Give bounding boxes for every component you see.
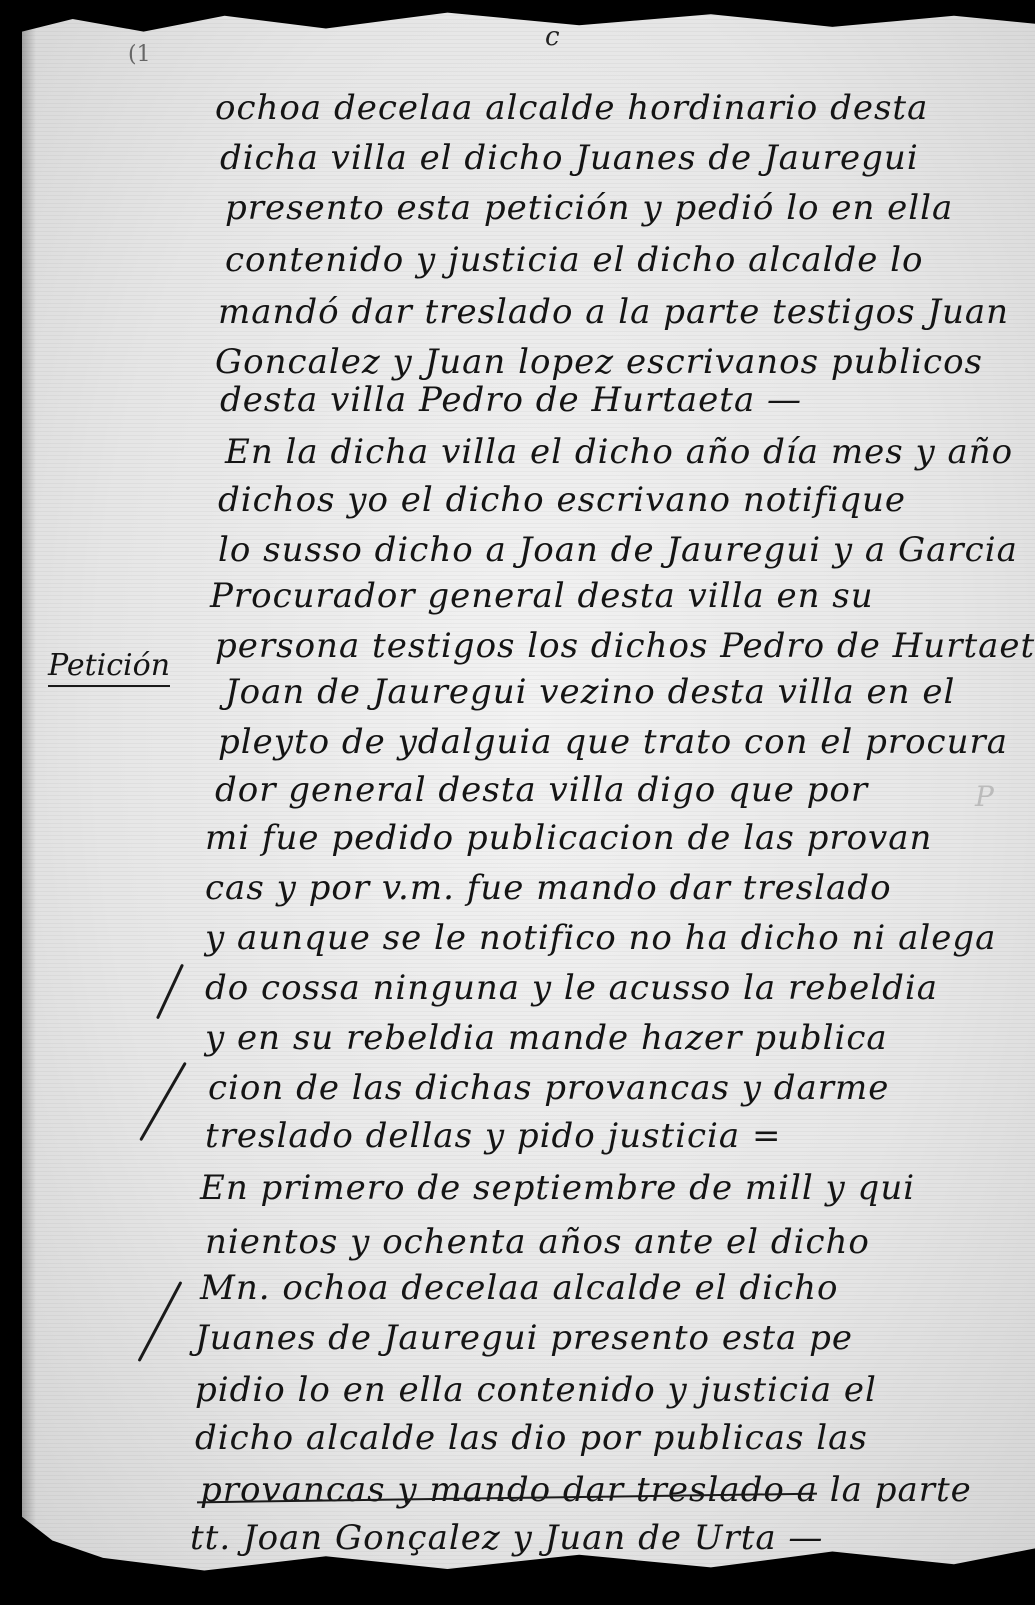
text-line: Goncalez y Juan lopez escrivanos publico… xyxy=(215,342,983,382)
text-line: pidio lo en ella contenido y justicia el xyxy=(195,1370,877,1410)
text-line: nientos y ochenta años ante el dicho xyxy=(205,1222,870,1262)
bleed-through-mark: P xyxy=(975,780,994,813)
text-line: cion de las dichas provancas y darme xyxy=(208,1068,889,1108)
text-line: dor general desta villa digo que por xyxy=(215,770,868,810)
text-line: En la dicha villa el dicho año día mes y… xyxy=(225,432,1013,472)
text-line: mandó dar treslado a la parte testigos J… xyxy=(218,292,1009,332)
text-line: Juanes de Jauregui presento esta pe xyxy=(195,1318,853,1358)
text-line: provancas y mando dar treslado a la part… xyxy=(200,1470,972,1510)
text-line: contenido y justicia el dicho alcalde lo xyxy=(225,240,923,280)
text-line: y aunque se le notifico no ha dicho ni a… xyxy=(205,918,996,958)
text-line: presento esta petición y pedió lo en ell… xyxy=(225,188,953,228)
text-line: dicha villa el dicho Juanes de Jauregui xyxy=(220,138,919,178)
text-line: persona testigos los dichos Pedro de Hur… xyxy=(215,626,1035,666)
text-line: treslado dellas y pido justicia = xyxy=(205,1116,781,1156)
text-line: dichos yo el dicho escrivano notifique xyxy=(218,480,906,520)
text-line: En primero de septiembre de mill y qui xyxy=(200,1168,915,1208)
text-line: mi fue pedido publicacion de las provan xyxy=(205,818,932,858)
text-line: ochoa decelaa alcalde hordinario desta xyxy=(215,88,928,128)
text-line: do cossa ninguna y le acusso la rebeldia xyxy=(205,968,938,1008)
folio-mark: c xyxy=(545,22,560,52)
text-line: pleyto de ydalguia que trato con el proc… xyxy=(218,722,1008,762)
text-line: Mn. ochoa decelaa alcalde el dicho xyxy=(200,1268,838,1308)
text-line: dicho alcalde las dio por publicas las xyxy=(195,1418,868,1458)
text-line: cas y por v.m. fue mando dar treslado xyxy=(205,868,892,908)
text-line: Procurador general desta villa en su xyxy=(210,576,874,616)
corner-mark: (1 xyxy=(128,42,151,67)
margin-note-peticion: Petición xyxy=(48,648,170,687)
page-edge-shadow xyxy=(22,0,36,1580)
text-line: y en su rebeldia mande hazer publica xyxy=(205,1018,888,1058)
text-line: desta villa Pedro de Hurtaeta — xyxy=(220,380,802,420)
text-line: tt. Joan Gonçalez y Juan de Urta — xyxy=(190,1518,823,1558)
text-line: Joan de Jauregui vezino desta villa en e… xyxy=(225,672,955,712)
text-line: lo susso dicho a Joan de Jauregui y a Ga… xyxy=(218,530,1018,570)
